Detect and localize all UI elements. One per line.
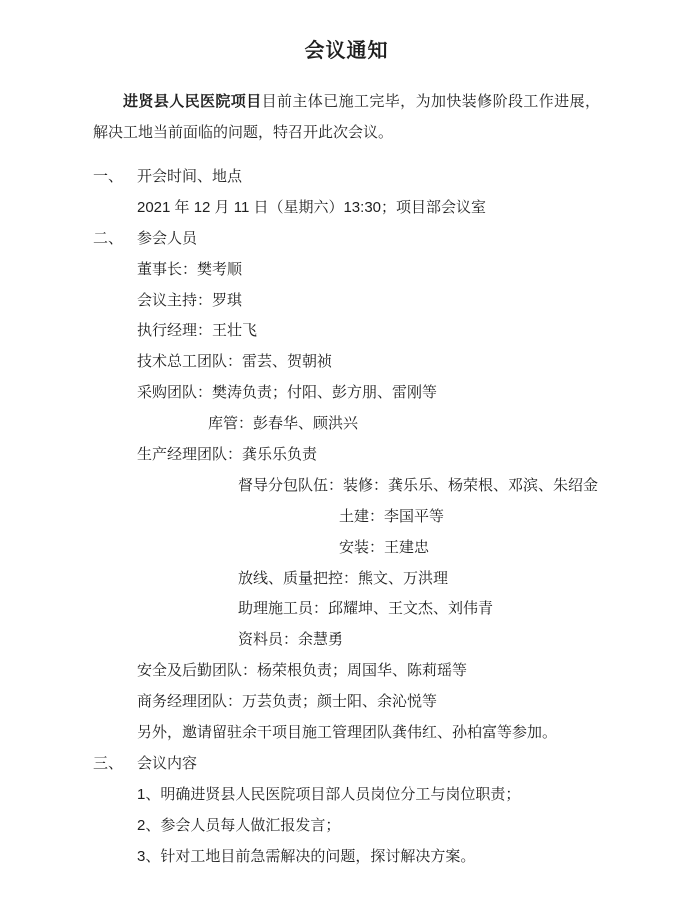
agenda-item-3: 3、针对工地目前急需解决的问题，探讨解决方案。: [93, 842, 600, 873]
attendee-warehouse: 库管：彭春华、顾洪兴: [93, 409, 600, 440]
section-time-place: 一、 开会时间、地点: [93, 162, 600, 193]
attendee-executive-manager: 执行经理：王壮飞: [93, 316, 600, 347]
document-page: 会议通知 进贤县人民医院项目目前主体已施工完毕，为加快装修阶段工作进展，解决工地…: [0, 0, 690, 919]
document-body: 一、 开会时间、地点 2021 年 12 月 11 日（星期六）13:30；项目…: [93, 162, 600, 872]
section-attendees-marker: 二、: [93, 224, 137, 255]
attendee-tech-team: 技术总工团队：雷芸、贺朝祯: [93, 347, 600, 378]
attendee-safety-team: 安全及后勤团队：杨荣根负责；周国华、陈莉瑶等: [93, 656, 600, 687]
section-time-place-marker: 一、: [93, 162, 137, 193]
attendee-supervision-civil: 土建：李国平等: [93, 502, 600, 533]
attendee-supervision-installation: 安装：王建忠: [93, 533, 600, 564]
attendee-documenter: 资料员：余慧勇: [93, 625, 600, 656]
intro-project-name: 进贤县人民医院项目: [123, 93, 262, 110]
attendee-commerce-team: 商务经理团队：万芸负责；颜士阳、余沁悦等: [93, 687, 600, 718]
section-attendees-heading: 参会人员: [137, 224, 197, 255]
attendee-procurement-team: 采购团队：樊涛负责；付阳、彭方朋、雷刚等: [93, 378, 600, 409]
section-agenda: 三、 会议内容: [93, 749, 600, 780]
attendee-assistant-builders: 助理施工员：邱耀坤、王文杰、刘伟青: [93, 594, 600, 625]
intro-paragraph: 进贤县人民医院项目目前主体已施工完毕，为加快装修阶段工作进展，解决工地当前面临的…: [93, 86, 600, 148]
attendee-supervision-decoration: 督导分包队伍：装修：龚乐乐、杨荣根、邓滨、朱绍金: [93, 471, 600, 502]
attendee-additional-invitees: 另外，邀请留驻余干项目施工管理团队龚伟红、孙柏富等参加。: [93, 718, 600, 749]
agenda-item-2: 2、参会人员每人做汇报发言；: [93, 811, 600, 842]
attendee-production-team: 生产经理团队：龚乐乐负责: [93, 440, 600, 471]
section-agenda-heading: 会议内容: [137, 749, 197, 780]
section-attendees: 二、 参会人员: [93, 224, 600, 255]
agenda-item-1: 1、明确进贤县人民医院项目部人员岗位分工与岗位职责；: [93, 780, 600, 811]
attendee-host: 会议主持：罗琪: [93, 286, 600, 317]
meeting-time-location: 2021 年 12 月 11 日（星期六）13:30；项目部会议室: [93, 193, 600, 224]
section-agenda-marker: 三、: [93, 749, 137, 780]
section-time-place-heading: 开会时间、地点: [137, 162, 242, 193]
attendee-layout-quality: 放线、质量把控：熊文、万洪理: [93, 564, 600, 595]
attendee-chairman: 董事长：樊考顺: [93, 255, 600, 286]
document-title: 会议通知: [93, 38, 600, 64]
